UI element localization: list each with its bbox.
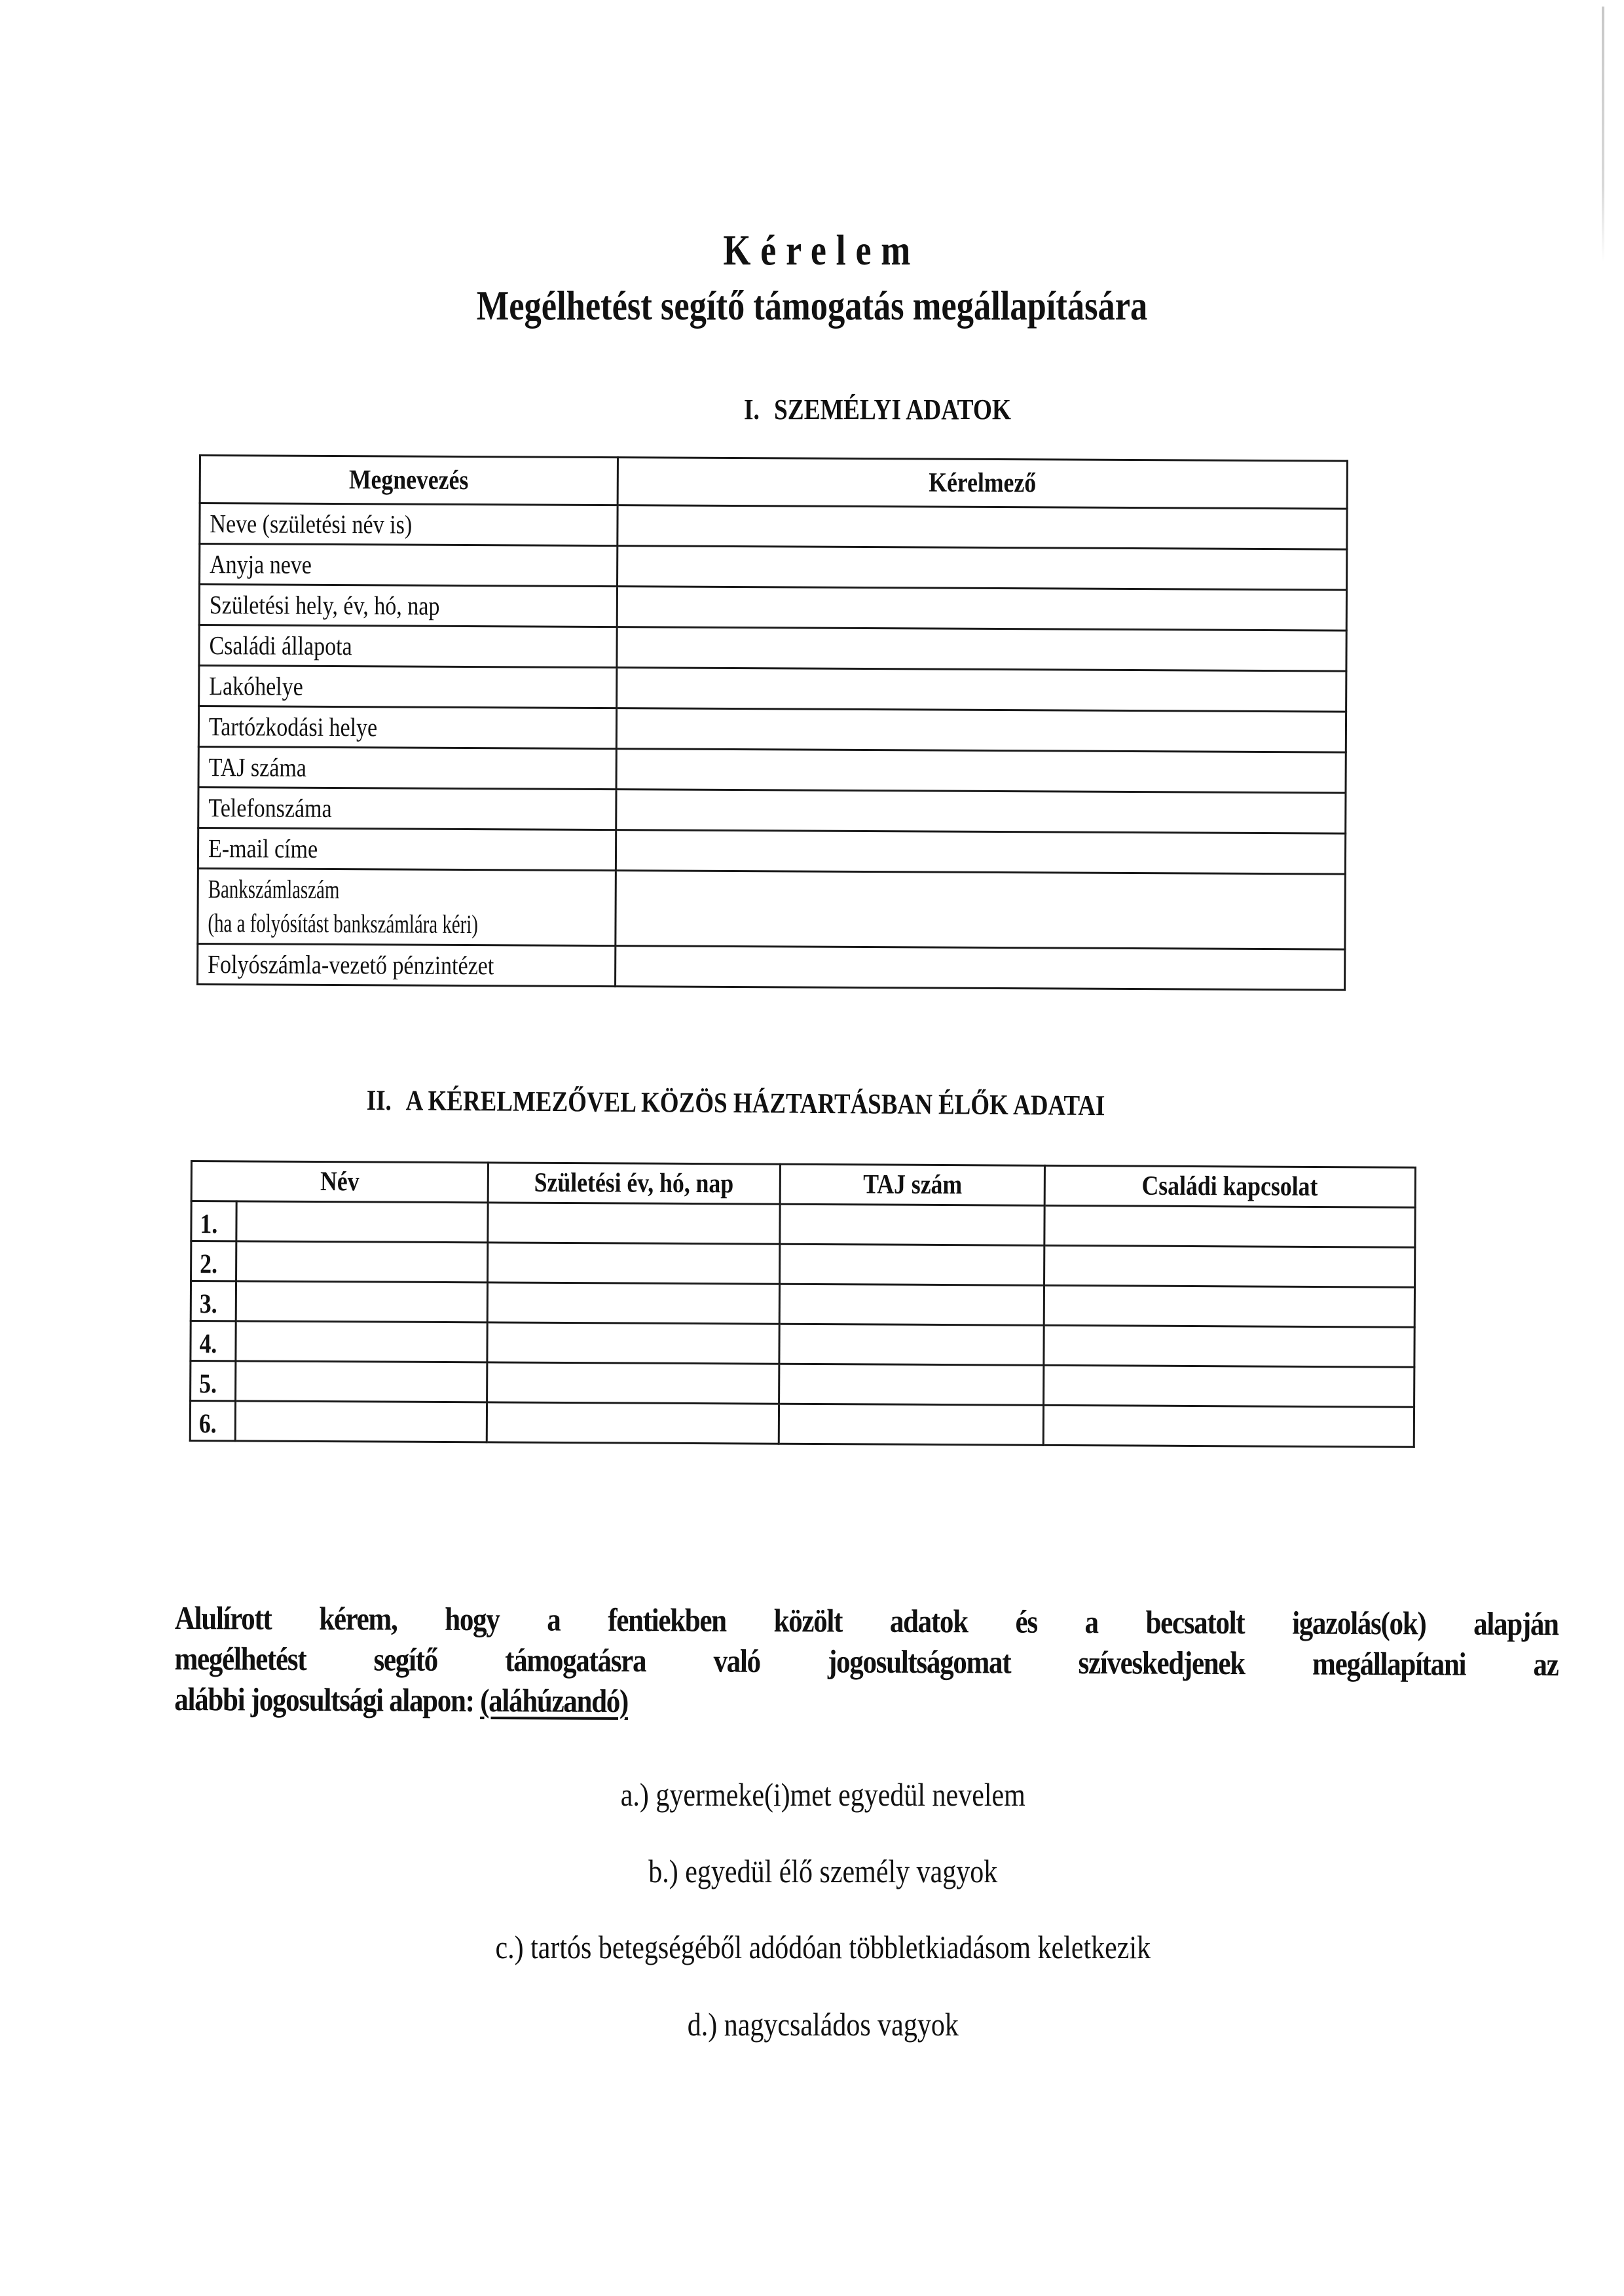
column-header-applicant: Kérelmező xyxy=(618,458,1347,509)
member-birth-field[interactable] xyxy=(487,1362,779,1404)
document-title: Kérelem xyxy=(146,226,1487,276)
table-row: Folyószámla-vezető pénzintézet xyxy=(198,943,1345,990)
member-birth-field[interactable] xyxy=(487,1402,779,1444)
member-birth-field[interactable] xyxy=(487,1283,779,1324)
birth-place-date-field[interactable] xyxy=(617,587,1346,630)
eligibility-option-d[interactable]: d.) nagycsaládos vagyok xyxy=(130,2005,1494,2043)
table-header-row: Név Születési év, hó, nap TAJ szám Csalá… xyxy=(191,1161,1415,1208)
table-row: Tartózkodási helye xyxy=(198,706,1346,753)
member-name-field[interactable] xyxy=(236,1361,487,1402)
table-header-row: Megnevezés Kérelmező xyxy=(200,456,1347,509)
member-relation-field[interactable] xyxy=(1044,1325,1414,1367)
row-number: 4. xyxy=(191,1321,236,1361)
scan-edge-shadow xyxy=(1602,7,1604,262)
household-members-table: Név Születési év, hó, nap TAJ szám Csalá… xyxy=(189,1160,1416,1448)
table-row: Anyja neve xyxy=(200,544,1347,591)
member-name-field[interactable] xyxy=(236,1281,487,1322)
row-label: Családi állapota xyxy=(199,625,617,668)
member-name-field[interactable] xyxy=(236,1321,487,1362)
column-header-relation: Családi kapcsolat xyxy=(1044,1165,1415,1207)
row-label: Neve (születési név is) xyxy=(200,503,618,546)
member-birth-field[interactable] xyxy=(488,1203,780,1244)
eligibility-option-b[interactable]: b.) egyedül élő személy vagyok xyxy=(130,1852,1494,1890)
member-birth-field[interactable] xyxy=(487,1322,779,1364)
row-label: Tartózkodási helye xyxy=(198,706,616,749)
row-number: 3. xyxy=(191,1281,236,1321)
phone-field[interactable] xyxy=(616,790,1346,833)
row-number: 1. xyxy=(191,1201,236,1241)
table-row: 2. xyxy=(191,1241,1415,1288)
table-row: 1. xyxy=(191,1201,1415,1248)
request-line: Alulírott kérem, hogy a fentiekben közöl… xyxy=(175,1597,1562,1644)
row-label: Telefonszáma xyxy=(198,788,616,830)
section-2-title: A KÉRELMEZŐVEL KÖZÖS HÁZTARTÁSBAN ÉLŐK A… xyxy=(406,1084,1105,1121)
taj-number-field[interactable] xyxy=(616,749,1346,793)
column-header-designation: Megnevezés xyxy=(200,456,618,505)
request-line: megélhetést segítő támogatásra való jogo… xyxy=(174,1638,1561,1685)
member-taj-field[interactable] xyxy=(779,1364,1044,1405)
table-row: 4. xyxy=(191,1321,1414,1368)
section-1-title: SZEMÉLYI ADATOK xyxy=(774,393,1011,426)
column-header-birth-date: Születési év, hó, nap xyxy=(488,1163,780,1204)
member-relation-field[interactable] xyxy=(1044,1365,1414,1407)
table-row: 5. xyxy=(191,1361,1414,1408)
section-1-number: I. xyxy=(744,393,760,426)
member-relation-field[interactable] xyxy=(1044,1285,1414,1327)
table-row: Családi állapota xyxy=(199,625,1346,672)
table-row: Születési hely, év, hó, nap xyxy=(199,585,1346,631)
applicant-name-field[interactable] xyxy=(618,505,1347,549)
row-label: Bankszámlaszám(ha a folyósítást bankszám… xyxy=(198,868,616,945)
row-label: Anyja neve xyxy=(200,544,618,587)
member-relation-field[interactable] xyxy=(1043,1405,1414,1447)
table-row: 3. xyxy=(191,1281,1414,1328)
document-subtitle: Megélhetést segítő támogatás megállapítá… xyxy=(146,282,1478,330)
table-row: TAJ száma xyxy=(198,747,1346,793)
section-2-heading: II.A KÉRELMEZŐVEL KÖZÖS HÁZTARTÁSBAN ÉLŐ… xyxy=(367,1084,1105,1122)
request-line: alábbi jogosultsági alapon: (aláhúzandó) xyxy=(174,1679,1561,1725)
member-taj-field[interactable] xyxy=(779,1284,1044,1325)
residence-field[interactable] xyxy=(617,668,1346,712)
table-row: 6. xyxy=(190,1401,1414,1448)
member-birth-field[interactable] xyxy=(488,1243,780,1284)
member-name-field[interactable] xyxy=(235,1401,487,1442)
member-taj-field[interactable] xyxy=(780,1244,1044,1285)
request-paragraph: Alulírott kérem, hogy a fentiekben közöl… xyxy=(174,1597,1562,1725)
member-name-field[interactable] xyxy=(236,1241,488,1283)
underline-instruction: (aláhúzandó) xyxy=(480,1682,628,1719)
row-label: Lakóhelye xyxy=(199,666,617,708)
member-taj-field[interactable] xyxy=(779,1404,1043,1445)
eligibility-option-c[interactable]: c.) tartós betegségéből adódóan többletk… xyxy=(130,1928,1494,1966)
bank-account-field[interactable] xyxy=(616,871,1346,949)
bank-institution-field[interactable] xyxy=(616,946,1345,990)
member-name-field[interactable] xyxy=(236,1201,488,1243)
row-number: 6. xyxy=(190,1401,235,1441)
member-taj-field[interactable] xyxy=(779,1324,1044,1365)
member-relation-field[interactable] xyxy=(1044,1245,1415,1287)
eligibility-option-a[interactable]: a.) gyermeke(i)met egyedül nevelem xyxy=(130,1776,1494,1813)
table-row: Neve (születési név is) xyxy=(200,503,1347,550)
row-label: TAJ száma xyxy=(198,747,616,790)
row-label: Folyószámla-vezető pénzintézet xyxy=(198,943,616,986)
email-field[interactable] xyxy=(616,830,1345,874)
section-1-heading: I.SZEMÉLYI ADATOK xyxy=(132,393,1512,426)
row-label: E-mail címe xyxy=(198,828,616,871)
section-2-number: II. xyxy=(367,1084,392,1116)
personal-data-table: Megnevezés Kérelmező Neve (születési név… xyxy=(196,454,1348,991)
stay-address-field[interactable] xyxy=(616,708,1346,752)
mother-name-field[interactable] xyxy=(618,546,1347,590)
column-header-taj: TAJ szám xyxy=(780,1164,1044,1205)
row-label: Születési hely, év, hó, nap xyxy=(199,585,617,627)
row-number: 2. xyxy=(191,1241,236,1281)
row-number: 5. xyxy=(191,1361,236,1401)
table-row: E-mail címe xyxy=(198,828,1345,875)
member-relation-field[interactable] xyxy=(1044,1205,1415,1247)
column-header-name: Név xyxy=(191,1161,488,1203)
table-row: Lakóhelye xyxy=(199,666,1346,712)
table-row: Bankszámlaszám(ha a folyósítást bankszám… xyxy=(198,868,1346,949)
marital-status-field[interactable] xyxy=(617,627,1346,671)
member-taj-field[interactable] xyxy=(780,1204,1044,1245)
table-row: Telefonszáma xyxy=(198,788,1346,834)
